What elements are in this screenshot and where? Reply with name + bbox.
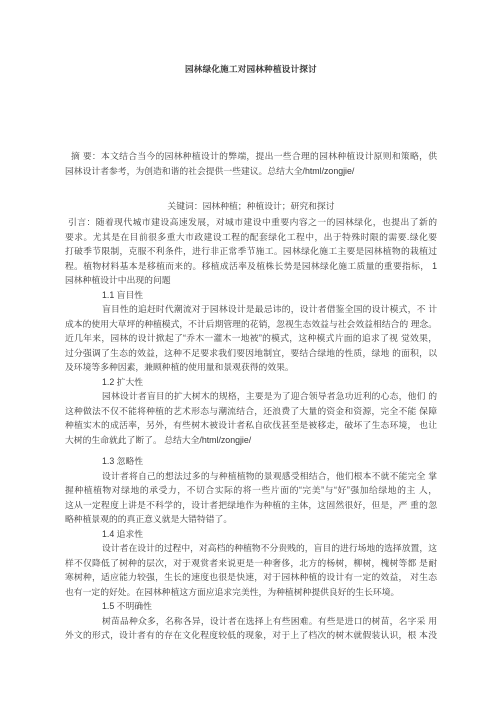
section-1-5: 1.5 不明确性 树苗品种众多，名称各异，设计者在选择上有些困难。有些是进口的树… [65,599,437,643]
text-line: 打破季节限制，克服不利条件，进行非正常季节施工。园林绿化施工主要是园林植物的栽植… [65,244,437,259]
section-1-4: 1.4 追求性 设计者在设计的过程中，对高档的种植物不分贵贱的，盲目的进行场地的… [65,527,437,600]
text-line: 样不仅降低了树种的层次，对于观赏者来说更是一种奢侈，北方的杨树，柳树，槐树等都 … [65,556,437,571]
text-line: 及环境等多种因素，兼顾种植的使用量和景观获得的效果。 [65,360,437,375]
document-page: 园林绿化施工对园林种植设计探讨 摘 要：本文结合当今的园林种植设计的弊端，提出一… [0,0,500,707]
text-line: 园林种植设计中出现的问题 [65,273,437,288]
section-heading: 1.5 不明确性 [65,599,437,614]
text-line: 摘 要：本文结合当今的园林种植设计的弊端，提出一些合理的园林种植设计原则和策略，… [65,149,437,164]
text-line: 大树的生命就此了断了。 总结大全/html/zongjie/ [65,433,437,448]
section-heading: 1.1 盲目性 [65,288,437,303]
document-content: 园林绿化施工对园林种植设计探讨 摘 要：本文结合当今的园林种植设计的弊端，提出一… [65,0,437,643]
section-1-2: 1.2 扩大性 园林设计者盲目的扩大树木的规格，主要是为了迎合领导者急功近利的心… [65,375,437,448]
text-line: 园林设计者参考，为创造和谐的社会提供一些建议。总结大全/html/zongjie… [65,164,437,179]
introduction-paragraph: 引言：随着现代城市建设高速发展，对城市建设中重要内容之一的园林绿化，也提出了新的… [65,215,437,288]
section-heading: 1.2 扩大性 [65,375,437,390]
abstract-paragraph: 摘 要：本文结合当今的园林种植设计的弊端，提出一些合理的园林种植设计原则和策略，… [65,149,437,179]
section-heading: 1.4 追求性 [65,527,437,542]
text-line: 种植实木的成活率，另外，有些树木被设计者私自砍伐甚至是被移走，破坏了生态环境， … [65,418,437,433]
text-line: 程。植物材料基本是移植而来的。移植成活率及植株长势是园林绿化施工质量的重要指标，… [65,259,437,274]
text-line: 寒树种，适应能力较强，生长的速度也很是快速，对于园林种植的设计有一定的效益， 对… [65,570,437,585]
text-line: 成本的使用大草坪的种植模式，不计后期管理的花销，忽视生态效益与社会效益相结合的 … [65,317,437,332]
text-line: 园林设计者盲目的扩大树木的规格，主要是为了迎合领导者急功近利的心态，他们 的 [65,389,437,404]
text-line: 略种植景观的的真正意义就是大错特错了。 [65,512,437,527]
section-heading: 1.3 忽略性 [65,454,437,469]
text-line: 树苗品种众多，名称各异，设计者在选择上有些困难。有些是进口的树苗，名字采 用 [65,614,437,629]
section-1-3: 1.3 忽略性 设计者将自己的想法过多的与种植植物的景观感受相结合，他们根本不就… [65,454,437,527]
page-title: 园林绿化施工对园林种植设计探讨 [65,0,437,76]
text-line: 引言：随着现代城市建设高速发展，对城市建设中重要内容之一的园林绿化，也提出了新的 [65,215,437,230]
text-line: 过分强调了生态的效益，这种不足要求我们要因地制宜，要结合绿地的性质，绿地 的面积… [65,346,437,361]
section-1-1: 1.1 盲目性 盲目性的追赶时代潮流对于园林设计是最忌讳的，设计者借鉴全国的设计… [65,288,437,375]
text-line: 这种做法不仅不能将种植的艺术形态与潮流结合，还浪费了大量的资金和资源，完全不能 … [65,404,437,419]
text-line: 盲目性的追赶时代潮流对于园林设计是最忌讳的，设计者借鉴全国的设计模式，不 计 [65,302,437,317]
text-line: 设计者将自己的想法过多的与种植植物的景观感受相结合，他们根本不就不能完全 掌 [65,469,437,484]
keywords-line: 关键词：园林种植；种植设计；研究和探讨 [65,199,437,214]
text-line: 握种植植物对绿地的承受力，不切合实际的将一些片面的“完美”与“好”强加给绿地的主… [65,483,437,498]
text-line: 设计者在设计的过程中，对高档的种植物不分贵贱的，盲目的进行场地的选择放置，这 [65,541,437,556]
text-line: 也有一定的好处。在园林种植这方面应追求完美性，为种植树种提供良好的生长环境。 [65,585,437,600]
text-line: 外文的形式，设计者有的存在文化程度较低的现象，对于上了档次的树木就假装认识，根 … [65,628,437,643]
text-line: 近几年来，园林的设计掀起了“乔木一灌木一地被”的模式，这种模式片面的追求了视 觉… [65,331,437,346]
text-line: 要求。尤其是在目前很多重大市政建设工程的配套绿化工程中，出于特殊时限的需要.绿化… [65,230,437,245]
text-line: 这从一定程度上讲是不科学的，设计者把绿地作为种植的主体，这固然很好，但是，严 重… [65,498,437,513]
